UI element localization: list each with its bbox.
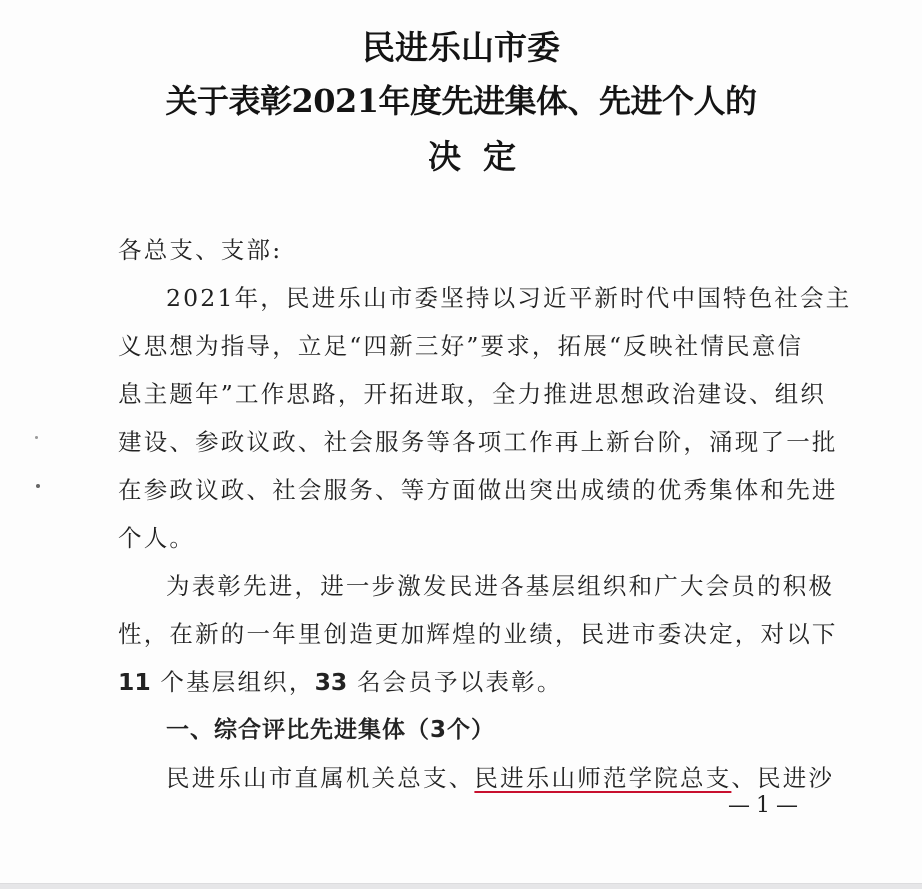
paragraph-2-line: 性，在新的一年里创造更加辉煌的业绩，民进市委决定，对以下 xyxy=(118,619,818,649)
org-count: 11 xyxy=(118,668,151,696)
member-count: 33 xyxy=(315,668,348,696)
document-page: 民进乐山市委 关于表彰2021年度先进集体、先进个人的 决定 各总支、支部: 2… xyxy=(0,0,922,884)
scan-speck xyxy=(36,484,40,488)
paragraph-1-line: 义思想为指导，立足“四新三好”要求，拓展“反映社情民意信 xyxy=(118,331,818,361)
paragraph-2-line: 为表彰先进，进一步激发民进各基层组织和广大会员的积极 xyxy=(166,571,866,601)
section-1-heading: 一、综合评比先进集体（3个） xyxy=(166,715,495,745)
title-subject: 关于表彰2021年度先进集体、先进个人的 xyxy=(0,76,922,122)
paragraph-1-line: 息主题年”工作思路，开拓进取，全力推进思想政治建设、组织 xyxy=(118,379,818,409)
org-count-text: 个基层组织， xyxy=(160,668,314,696)
org-normal-college-branch: 民进乐山师范学院总支 xyxy=(474,764,731,792)
scan-speck xyxy=(35,436,38,439)
paragraph-2-last-line: 11 个基层组织，33 名会员予以表彰。 xyxy=(118,667,818,697)
paragraph-1-line: 个人。 xyxy=(118,523,818,553)
org-shawan-partial: 、民进沙 xyxy=(731,764,834,792)
paragraph-1-line: 在参政议政、社会服务、等方面做出突出成绩的优秀集体和先进 xyxy=(118,475,818,505)
salutation: 各总支、支部: xyxy=(118,235,818,265)
org-direct-branch: 民进乐山市直属机关总支、 xyxy=(166,764,474,792)
page-number: —1— xyxy=(728,793,804,818)
title-decision: 决定 xyxy=(0,131,922,178)
bottom-edge xyxy=(0,883,922,889)
title-issuer: 民进乐山市委 xyxy=(0,22,922,69)
paragraph-1-line: 建设、参政议政、社会服务等各项工作再上新台阶，涌现了一批 xyxy=(118,427,818,457)
member-count-text: 名会员予以表彰。 xyxy=(357,668,563,696)
paragraph-1-line: 2021年，民进乐山市委坚持以习近平新时代中国特色社会主 xyxy=(166,283,866,313)
section-1-line: 民进乐山市直属机关总支、民进乐山师范学院总支、民进沙 xyxy=(166,763,866,793)
